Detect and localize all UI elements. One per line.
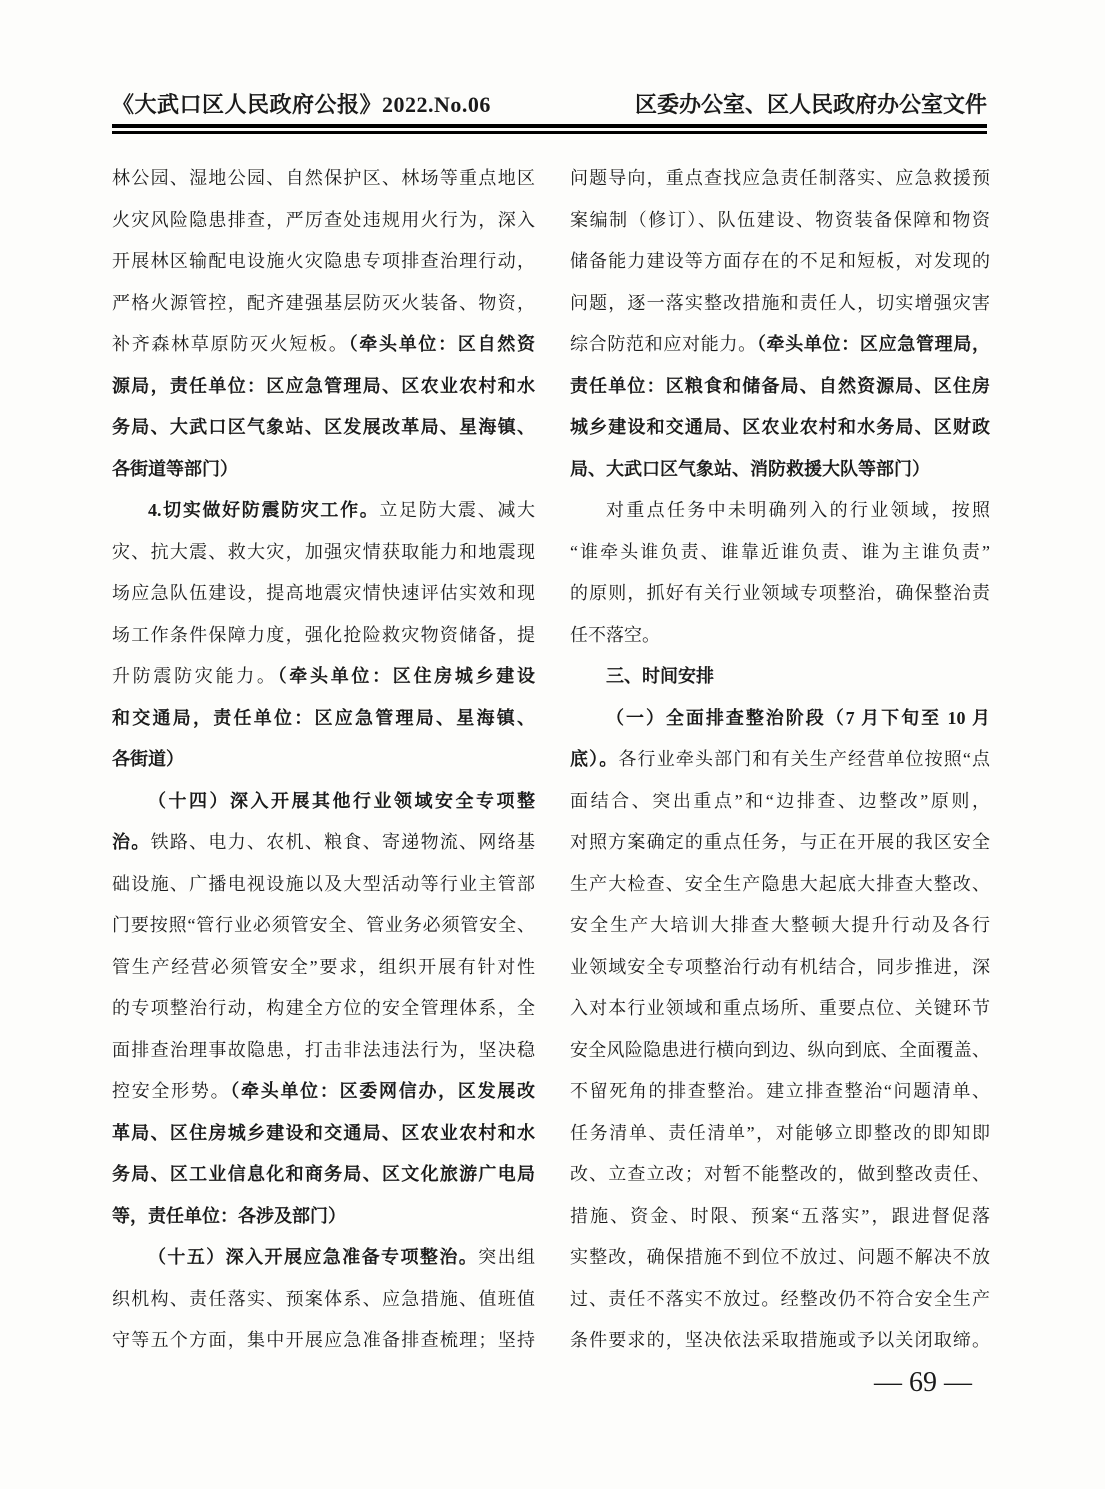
- text-line: （十五）深入开展应急准备专项整治。突出组: [112, 1237, 535, 1279]
- bold-text-run: （牵头单位：区住房城乡建设: [278, 666, 535, 686]
- text-line: 础设施、广播电视设施以及大型活动等行业主管部: [112, 864, 535, 906]
- page-number: — 69 —: [860, 1367, 986, 1399]
- text-run: “谁牵头谁负责、谁靠近谁负责、谁为主谁负责”: [570, 542, 990, 562]
- text-run: 案编制（修订）、队伍建设、物资装备保障和物资: [570, 210, 990, 230]
- text-line: 林公园、湿地公园、自然保护区、林场等重点地区: [112, 158, 535, 200]
- text-line: 三、时间安排: [570, 656, 990, 698]
- bold-text-run: 源局，责任单位：区应急管理局、区农业农村和水: [112, 376, 535, 396]
- text-run: 安全风险隐患进行横向到边、纵向到底、全面覆盖、: [570, 1040, 990, 1060]
- text-run: 综合防范和应对能力。: [570, 334, 757, 354]
- text-line: 补齐森林草原防灭火短板。（牵头单位：区自然资: [112, 324, 535, 366]
- text-line: 各街道等部门）: [112, 449, 535, 491]
- bold-text-run: 局、大武口区气象站、消防救援大队等部门）: [570, 459, 930, 479]
- text-line: 安全风险隐患进行横向到边、纵向到底、全面覆盖、: [570, 1030, 990, 1072]
- text-run: 场工作条件保障力度，强化抢险救灾物资储备，提: [112, 625, 535, 645]
- text-line: 务局、区工业信息化和商务局、区文化旅游广电局: [112, 1154, 535, 1196]
- bold-text-run: （十五）深入开展应急准备专项整治。: [148, 1247, 478, 1267]
- text-line: （十四）深入开展其他行业领域安全专项整: [112, 781, 535, 823]
- text-line: 控安全形势。（牵头单位：区委网信办，区发展改: [112, 1071, 535, 1113]
- text-run: 措施、资金、时限、预案“五落实”，跟进督促落: [570, 1206, 990, 1226]
- column-left: 林公园、湿地公园、自然保护区、林场等重点地区火灾风险隐患排查，严厉查处违规用火行…: [112, 158, 535, 1362]
- bold-text-run: 等，责任单位：各涉及部门）: [112, 1206, 346, 1226]
- text-line: 对重点任务中未明确列入的行业领域，按照: [570, 490, 990, 532]
- text-line: （一）全面排查整治阶段（7 月下旬至 10 月: [570, 698, 990, 740]
- bold-text-run: 各街道等部门）: [112, 459, 238, 479]
- bold-text-run: （牵头单位：区委网信办，区发展改: [230, 1081, 535, 1101]
- text-line: 场应急队伍建设，提高地震灾情快速评估实效和现: [112, 573, 535, 615]
- text-line: 务局、大武口区气象站、区发展改革局、星海镇、: [112, 407, 535, 449]
- text-run: 守等五个方面，集中开展应急准备排查梳理；坚持: [112, 1330, 535, 1350]
- text-run: 安全生产大培训大排查大整顿大提升行动及各行: [570, 915, 990, 935]
- text-line: 织机构、责任落实、预案体系、应急措施、值班值: [112, 1279, 535, 1321]
- text-run: 的原则，抓好有关行业领域专项整治，确保整治责: [570, 583, 990, 603]
- text-line: 革局、区住房城乡建设和交通局、区农业农村和水: [112, 1113, 535, 1155]
- text-line: 源局，责任单位：区应急管理局、区农业农村和水: [112, 366, 535, 408]
- bold-text-run: 和交通局，责任单位：区应急管理局、星海镇、: [112, 708, 535, 728]
- text-run: 升防震防灾能力。: [112, 666, 278, 686]
- text-line: 改、立查立改；对暂不能整改的，做到整改责任、: [570, 1154, 990, 1196]
- text-run: 对照方案确定的重点任务，与正在开展的我区安全: [570, 832, 990, 852]
- text-run: 业领域安全专项整治行动有机结合，同步推进，深: [570, 957, 990, 977]
- bold-text-run: 务局、区工业信息化和商务局、区文化旅游广电局: [112, 1164, 535, 1184]
- text-line: “谁牵头谁负责、谁靠近谁负责、谁为主谁负责”: [570, 532, 990, 574]
- bold-text-run: 三、时间安排: [606, 666, 714, 686]
- text-run: 控安全形势。: [112, 1081, 230, 1101]
- text-run: 对重点任务中未明确列入的行业领域，按照: [606, 500, 990, 520]
- text-line: 措施、资金、时限、预案“五落实”，跟进督促落: [570, 1196, 990, 1238]
- text-line: 安全生产大培训大排查大整顿大提升行动及各行: [570, 905, 990, 947]
- text-run: 立足防大震、减大: [379, 500, 535, 520]
- text-run: 开展林区输配电设施火灾隐患专项排查治理行动，: [112, 251, 535, 271]
- text-run: 不留死角的排查整治。建立排查整治“问题清单、: [570, 1081, 990, 1101]
- text-run: 生产大检查、安全生产隐患大起底大排查大整改、: [570, 874, 990, 894]
- text-line: 储备能力建设等方面存在的不足和短板，对发现的: [570, 241, 990, 283]
- text-line: 实整改，确保措施不到位不放过、问题不解决不放: [570, 1237, 990, 1279]
- text-run: 储备能力建设等方面存在的不足和短板，对发现的: [570, 251, 990, 271]
- text-line: 4.切实做好防震防灾工作。立足防大震、减大: [112, 490, 535, 532]
- text-line: 升防震防灾能力。（牵头单位：区住房城乡建设: [112, 656, 535, 698]
- page-header: 《大武口区人民政府公报》2022.No.06 区委办公室、区人民政府办公室文件: [112, 88, 987, 119]
- text-line: 生产大检查、安全生产隐患大起底大排查大整改、: [570, 864, 990, 906]
- text-line: 对照方案确定的重点任务，与正在开展的我区安全: [570, 822, 990, 864]
- text-line: 开展林区输配电设施火灾隐患专项排查治理行动，: [112, 241, 535, 283]
- text-line: 的专项整治行动，构建全方位的安全管理体系，全: [112, 988, 535, 1030]
- column-right: 问题导向，重点查找应急责任制落实、应急救援预案编制（修订）、队伍建设、物资装备保…: [570, 158, 990, 1362]
- text-line: 任务清单、责任清单”，对能够立即整改的即知即: [570, 1113, 990, 1155]
- text-line: 业领域安全专项整治行动有机结合，同步推进，深: [570, 947, 990, 989]
- text-line: 严格火源管控，配齐建强基层防灭火装备、物资，: [112, 283, 535, 325]
- bold-text-run: 底）。: [570, 749, 618, 769]
- text-line: 局、大武口区气象站、消防救援大队等部门）: [570, 449, 990, 491]
- text-run: 改、立查立改；对暂不能整改的，做到整改责任、: [570, 1164, 990, 1184]
- text-run: 铁路、电力、农机、粮食、寄递物流、网络基: [151, 832, 535, 852]
- text-line: 责任单位：区粮食和储备局、自然资源局、区住房: [570, 366, 990, 408]
- text-line: 场工作条件保障力度，强化抢险救灾物资储备，提: [112, 615, 535, 657]
- text-line: 案编制（修订）、队伍建设、物资装备保障和物资: [570, 200, 990, 242]
- bold-text-run: 治。: [112, 832, 151, 852]
- text-run: 实整改，确保措施不到位不放过、问题不解决不放: [570, 1247, 990, 1267]
- text-run: 门要按照“管行业必须管安全、管业务必须管安全、: [112, 915, 535, 935]
- text-line: 等，责任单位：各涉及部门）: [112, 1196, 535, 1238]
- text-run: 问题导向，重点查找应急责任制落实、应急救援预: [570, 168, 990, 188]
- header-double-rule: [112, 124, 987, 134]
- text-line: 城乡建设和交通局、区农业农村和水务局、区财政: [570, 407, 990, 449]
- text-run: 的专项整治行动，构建全方位的安全管理体系，全: [112, 998, 535, 1018]
- text-line: 治。铁路、电力、农机、粮食、寄递物流、网络基: [112, 822, 535, 864]
- text-line: 入对本行业领域和重点场所、重要点位、关键环节: [570, 988, 990, 1030]
- text-run: 础设施、广播电视设施以及大型活动等行业主管部: [112, 874, 535, 894]
- text-line: 面结合、突出重点”和“边排查、边整改”原则，: [570, 781, 990, 823]
- text-run: 入对本行业领域和重点场所、重要点位、关键环节: [570, 998, 990, 1018]
- text-run: 严格火源管控，配齐建强基层防灭火装备、物资，: [112, 293, 535, 313]
- text-run: 突出组: [478, 1247, 535, 1267]
- text-line: 门要按照“管行业必须管安全、管业务必须管安全、: [112, 905, 535, 947]
- bold-text-run: （牵头单位：区应急管理局，: [757, 334, 990, 354]
- bold-text-run: 责任单位：区粮食和储备局、自然资源局、区住房: [570, 376, 990, 396]
- text-line: 灾、抗大震、救大灾，加强灾情获取能力和地震现: [112, 532, 535, 574]
- text-run: 织机构、责任落实、预案体系、应急措施、值班值: [112, 1289, 535, 1309]
- text-line: 底）。各行业牵头部门和有关生产经营单位按照“点: [570, 739, 990, 781]
- text-line: 面排查治理事故隐患，打击非法违法行为，坚决稳: [112, 1030, 535, 1072]
- text-line: 和交通局，责任单位：区应急管理局、星海镇、: [112, 698, 535, 740]
- text-run: 林公园、湿地公园、自然保护区、林场等重点地区: [112, 168, 535, 188]
- text-line: 各街道）: [112, 739, 535, 781]
- bold-text-run: 城乡建设和交通局、区农业农村和水务局、区财政: [570, 417, 990, 437]
- gazette-title: 《大武口区人民政府公报》2022.No.06: [112, 88, 491, 119]
- text-run: 面排查治理事故隐患，打击非法违法行为，坚决稳: [112, 1040, 535, 1060]
- text-line: 过、责任不落实不放过。经整改仍不符合安全生产: [570, 1279, 990, 1321]
- text-line: 条件要求的，坚决依法采取措施或予以关闭取缔。: [570, 1320, 990, 1362]
- bold-text-run: （一）全面排查整治阶段（7 月下旬至 10 月: [606, 708, 990, 728]
- text-run: 过、责任不落实不放过。经整改仍不符合安全生产: [570, 1289, 990, 1309]
- document-page: 《大武口区人民政府公报》2022.No.06 区委办公室、区人民政府办公室文件 …: [0, 0, 1105, 1489]
- text-line: 综合防范和应对能力。（牵头单位：区应急管理局，: [570, 324, 990, 366]
- text-line: 问题，逐一落实整改措施和责任人，切实增强灾害: [570, 283, 990, 325]
- document-category-title: 区委办公室、区人民政府办公室文件: [635, 88, 987, 119]
- text-run: 管生产经营必须管安全”要求，组织开展有针对性: [112, 957, 535, 977]
- bold-text-run: 4.切实做好防震防灾工作。: [148, 500, 379, 520]
- text-line: 火灾风险隐患排查，严厉查处违规用火行为，深入: [112, 200, 535, 242]
- text-run: 条件要求的，坚决依法采取措施或予以关闭取缔。: [570, 1330, 990, 1350]
- text-line: 任不落空。: [570, 615, 990, 657]
- bold-text-run: 各街道）: [112, 749, 184, 769]
- text-run: 场应急队伍建设，提高地震灾情快速评估实效和现: [112, 583, 535, 603]
- bold-text-run: 务局、大武口区气象站、区发展改革局、星海镇、: [112, 417, 535, 437]
- text-run: 火灾风险隐患排查，严厉查处违规用火行为，深入: [112, 210, 535, 230]
- text-line: 不留死角的排查整治。建立排查整治“问题清单、: [570, 1071, 990, 1113]
- bold-text-run: （牵头单位：区自然资: [349, 334, 535, 354]
- text-run: 各行业牵头部门和有关生产经营单位按照“点: [618, 749, 990, 769]
- bold-text-run: （十四）深入开展其他行业领域安全专项整: [148, 791, 535, 811]
- text-line: 守等五个方面，集中开展应急准备排查梳理；坚持: [112, 1320, 535, 1362]
- text-run: 补齐森林草原防灭火短板。: [112, 334, 349, 354]
- text-line: 的原则，抓好有关行业领域专项整治，确保整治责: [570, 573, 990, 615]
- text-line: 管生产经营必须管安全”要求，组织开展有针对性: [112, 947, 535, 989]
- text-run: 任务清单、责任清单”，对能够立即整改的即知即: [570, 1123, 990, 1143]
- text-run: 面结合、突出重点”和“边排查、边整改”原则，: [570, 791, 990, 811]
- text-line: 问题导向，重点查找应急责任制落实、应急救援预: [570, 158, 990, 200]
- bold-text-run: 革局、区住房城乡建设和交通局、区农业农村和水: [112, 1123, 535, 1143]
- text-run: 灾、抗大震、救大灾，加强灾情获取能力和地震现: [112, 542, 535, 562]
- text-run: 任不落空。: [570, 625, 660, 645]
- text-run: 问题，逐一落实整改措施和责任人，切实增强灾害: [570, 293, 990, 313]
